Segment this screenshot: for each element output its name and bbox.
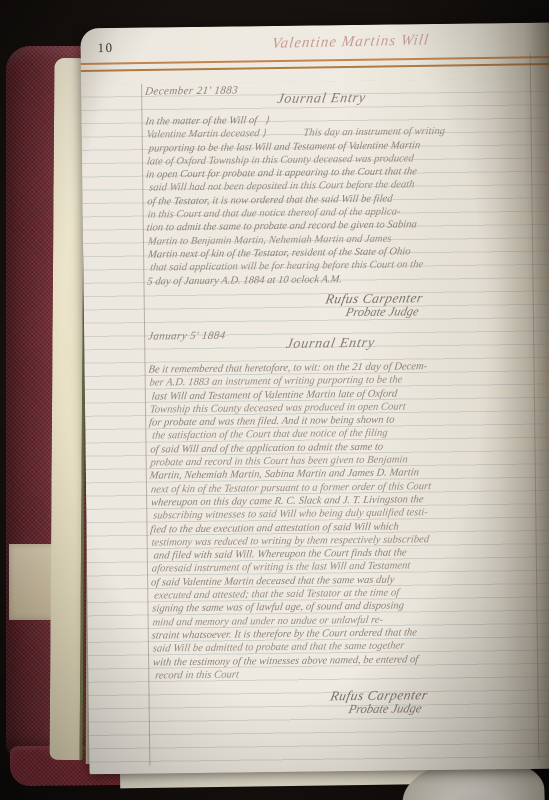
journal-entry-2: January 5' 1884 Journal Entry Be it reme… <box>80 23 549 29</box>
entry-date: December 21' 1883 <box>144 84 238 97</box>
entry-body: In the matter of the Will of }Valentine … <box>145 111 549 289</box>
gutter-shadow <box>494 23 549 770</box>
entry-date: January 5' 1884 <box>147 330 226 343</box>
ledger-page: 10 Valentine Martins Will December 21' 1… <box>80 23 549 775</box>
running-title: Valentine Martins Will <box>210 31 492 54</box>
entry-heading: Journal Entry <box>276 91 367 108</box>
photo-backdrop: 10 Valentine Martins Will December 21' 1… <box>0 0 549 800</box>
judge-signature-title: Probate Judge <box>347 701 423 717</box>
journal-entry-1: December 21' 1883 Journal Entry In the m… <box>80 23 549 29</box>
page-number: 10 <box>98 40 114 56</box>
entry-heading: Journal Entry <box>285 336 376 353</box>
header-double-rule <box>81 56 549 72</box>
entry-body: Be it remembered that heretofore, to wit… <box>148 359 549 683</box>
judge-signature-title: Probate Judge <box>344 304 420 320</box>
